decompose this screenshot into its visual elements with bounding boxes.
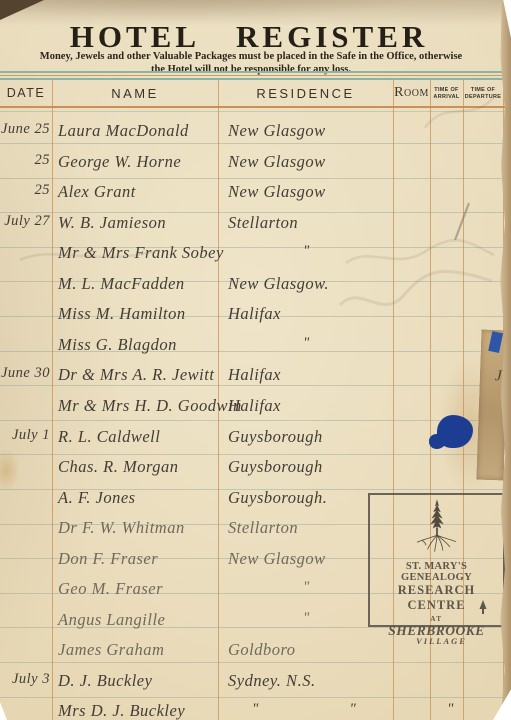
entry-name: M. L. MacFadden (58, 274, 226, 294)
entry-name: George W. Horne (58, 152, 226, 172)
stamp-org-line1: ST. MARY'S GENEALOGY (370, 561, 503, 583)
entry-residence: New Glasgow (228, 121, 428, 141)
blue-mark (488, 331, 503, 353)
entry-name: A. F. Jones (58, 488, 226, 508)
entry-name: Laura MacDonald (58, 121, 226, 141)
entry-name: Chas. R. Morgan (58, 457, 226, 477)
entry-residence: Sydney. N.S. (228, 671, 428, 691)
pencil-mark (450, 200, 474, 244)
entry-date: July 1 (0, 427, 50, 444)
entry-date: 25 (0, 152, 50, 169)
entry-residence: Halifax (228, 365, 428, 385)
stamp-at-label: AT (370, 615, 503, 623)
entry-name: James Graham (58, 640, 226, 660)
bleed-through-mark (15, 238, 165, 273)
bleed-through-mark (330, 225, 500, 330)
genealogy-stamp: ST. MARY'S GENEALOGY RESEARCH CENTRE AT … (368, 493, 505, 627)
entry-residence: Guysborough (228, 457, 428, 477)
entry-date: 25 (0, 182, 50, 199)
entry-name: Mr & Mrs H. D. Goodwin (58, 396, 226, 416)
entry-date: July 27 (0, 213, 50, 230)
entry-residence: Halifax (228, 396, 428, 416)
entry-date: June 30 (0, 365, 50, 382)
register-row: Mr & Mrs H. D. GoodwinHalifax (0, 396, 511, 420)
entry-name: Alex Grant (58, 182, 226, 202)
register-row: July 3D. J. BuckleySydney. N.S. (0, 671, 511, 695)
entry-date: July 3 (0, 671, 50, 688)
entry-date: June 25 (0, 121, 50, 138)
register-row: 25George W. HorneNew Glasgow (0, 152, 511, 176)
entry-name: Angus Langille (58, 610, 226, 630)
entry-name: R. L. Caldwell (58, 427, 226, 447)
entry-residence: Guysborough (228, 427, 428, 447)
entry-name: W. B. Jamieson (58, 213, 226, 233)
entry-name: Mrs D. J. Buckley (58, 701, 226, 720)
entry-residence: New Glasgow (228, 152, 428, 172)
spruce-tree-with-roots-icon (404, 498, 470, 556)
register-row: Mrs D. J. Buckley" " " (0, 701, 511, 720)
entry-name: Don F. Fraser (58, 549, 226, 569)
register-row: Miss G. Blagdon" (0, 335, 511, 359)
entry-name: Dr & Mrs A. R. Jewitt (58, 365, 226, 385)
entry-residence: New Glasgow (228, 182, 428, 202)
register-row: June 30Dr & Mrs A. R. JewittHalifax (0, 365, 511, 389)
entry-residence: " (228, 335, 503, 352)
entry-residence: " " " (228, 701, 452, 718)
entry-name: Miss M. Hamilton (58, 304, 226, 324)
entry-name: Geo M. Fraser (58, 579, 226, 599)
entry-name: Miss G. Blagdon (58, 335, 226, 355)
village-tree-icon (477, 600, 489, 615)
entry-name: D. J. Buckley (58, 671, 226, 691)
bleed-through-mark (415, 88, 500, 138)
register-row: 25Alex GrantNew Glasgow (0, 182, 511, 206)
entry-name: Dr F. W. Whitman (58, 518, 226, 538)
register-row: Chas. R. MorganGuysborough (0, 457, 511, 481)
